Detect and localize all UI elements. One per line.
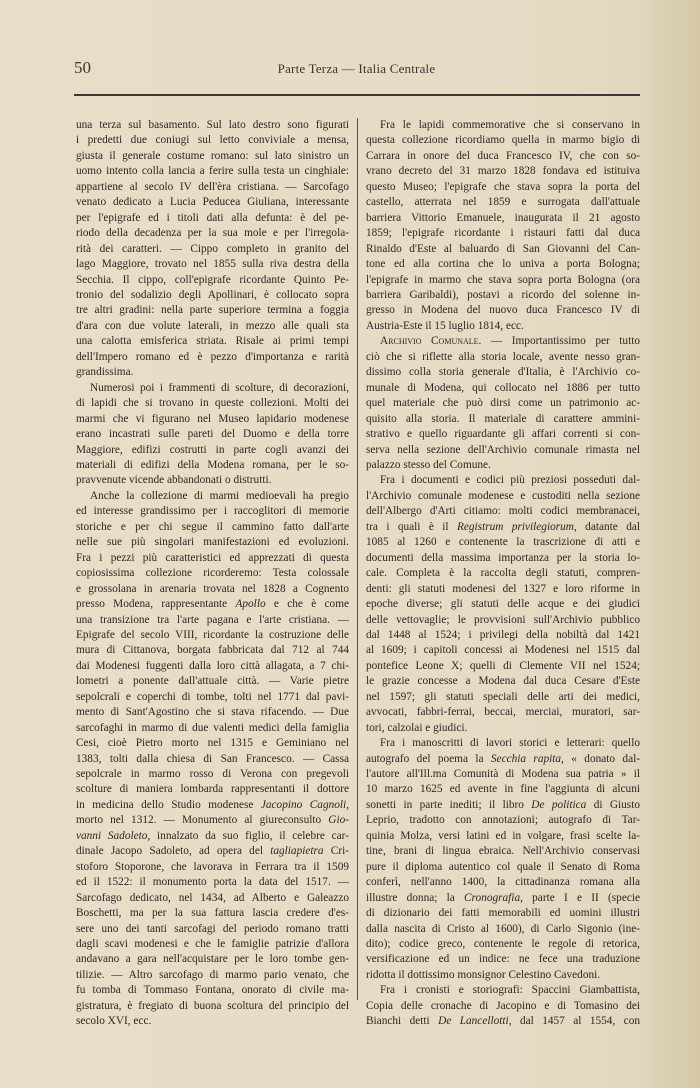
text-line: Sarcofago dedicato, nel 1434, ad Alberto… <box>76 891 349 906</box>
text-line: uomo intento colla lancia a ferire sulla… <box>76 164 349 179</box>
text-line: mura di Cittanova, borgata fabbricata da… <box>76 643 349 658</box>
text-line: per l'epigrafe ed i titoli dati alla def… <box>76 211 349 226</box>
text-line: versificazione ed un indice: ne fece una… <box>366 952 640 967</box>
text-line: pravvenute vicende abbandonati o distrut… <box>76 473 349 488</box>
italic-title: De Lancellotti <box>438 1015 509 1027</box>
text-line: sonetti in parte inediti; il libro De po… <box>366 798 640 813</box>
text-line: mento di Sant'Agostino che si stava rifa… <box>76 705 349 720</box>
text-fragment: di Giusto <box>586 799 640 811</box>
text-line: 10 marzo 1625 ed avente in fine l'aggiun… <box>366 782 640 797</box>
text-line: denti: gli statuti modenesi del 1327 e l… <box>366 582 640 597</box>
text-line: d'ara con due volute laterali, in mezzo … <box>76 319 349 334</box>
italic-title: tagliapietra <box>270 845 323 857</box>
text-fragment: , datante dal <box>574 521 640 533</box>
text-line: Fra i pezzi più caratteristici ed apprez… <box>76 551 349 566</box>
text-line: cale. Completa è la raccolta degli statu… <box>366 566 640 581</box>
text-line: appartiene al secolo IV dell'èra cristia… <box>76 180 349 195</box>
text-line: Fra i cronisti e storiografi: Spaccini G… <box>366 983 640 998</box>
text-line: sarcofaghi in marmo di due valenti medic… <box>76 721 349 736</box>
text-line: grandissima. <box>76 365 349 380</box>
left-column: una terza sul basamento. Sul lato destro… <box>76 118 349 1030</box>
text-line: barriera Garibaldi), postavi a ricordo d… <box>366 288 640 303</box>
text-line: una terza sul basamento. Sul lato destro… <box>76 118 349 133</box>
text-line: questa collezione ricordiamo quella in m… <box>366 133 640 148</box>
text-fragment: , dal 1457 al 1554, con <box>509 1015 640 1027</box>
text-line: andavano a gara nell'acquistare per le l… <box>76 952 349 967</box>
text-line: dai Modenesi fuggenti dalla loro città a… <box>76 659 349 674</box>
text-line: Numerosi poi i frammenti di scolture, di… <box>76 381 349 396</box>
text-line: Secchia. Il cippo, coll'epigrafe ricorda… <box>76 273 349 288</box>
text-fragment: Bianchi detti <box>366 1015 438 1027</box>
text-line: e grossolana in arenaria trovata nel 182… <box>76 582 349 597</box>
text-line: Bianchi detti De Lancellotti, dal 1457 a… <box>366 1014 640 1029</box>
text-line: pure il diploma autentico col quale il S… <box>366 860 640 875</box>
text-line: sere uno dei tanti sarcofagi del periodo… <box>76 922 349 937</box>
text-line: le grazie concesse a Modena dal duca Ces… <box>366 674 640 689</box>
running-title: Parte Terza — Italia Centrale <box>74 61 639 77</box>
text-fragment: dinale Jacopo Sadoleto, ad opera del <box>76 845 270 857</box>
text-line: secolo XVI, ecc. <box>76 1014 349 1029</box>
text-line: Boschetti, ma per la sua fattura lascia … <box>76 906 349 921</box>
text-line: 1085 al 1260 e contenente la trascrizion… <box>366 535 640 550</box>
text-line: fu tomba di Tommaso Fontana, onorato di … <box>76 983 349 998</box>
text-line: materiali di edifizi della Modena romana… <box>76 458 349 473</box>
text-line: sepolcrali e coperchi di tombe, tolti ne… <box>76 690 349 705</box>
right-column: Fra le lapidi commemorative che si conse… <box>366 118 640 1030</box>
italic-title: Registrum privilegiorum <box>457 521 574 533</box>
text-line: tre altri gradini: nella parte superiore… <box>76 303 349 318</box>
text-line: Fra le lapidi commemorative che si conse… <box>366 118 640 133</box>
text-line: epoche diverse; gli statuti delle acque … <box>366 597 640 612</box>
text-line: Epigrafe del secolo VIII, ricordante la … <box>76 628 349 643</box>
text-line: l'epigrafe in marmo che stava sopra port… <box>366 273 640 288</box>
text-line: 1859; l'epigrafe ricordante i ristauri f… <box>366 226 640 241</box>
text-line: gistratura, è fregiato di buona scoltura… <box>76 999 349 1014</box>
text-line: morto nel 1312. — Monumento al giurecons… <box>76 813 349 828</box>
text-line: presso Modena, rappresentante Apollo e c… <box>76 597 349 612</box>
text-line: venato dedicato a Lucia Peducea Giuliana… <box>76 195 349 210</box>
text-line: palazzo stesso del Comune. <box>366 458 640 473</box>
column-divider <box>357 118 358 1000</box>
text-line: ciò che si riflette alla storia locale, … <box>366 350 640 365</box>
text-line: ed il 1522: il monumento porta la data d… <box>76 875 349 890</box>
text-line: una transizione tra l'arte pagana e l'ar… <box>76 613 349 628</box>
italic-title: Secchia rapita <box>491 753 561 765</box>
text-fragment: sonetti in parte inediti; il libro <box>366 799 531 811</box>
italic-title: Gio- <box>328 814 349 826</box>
text-line: Leprio, tradotto con annotazioni; autogr… <box>366 813 640 828</box>
italic-title: vanni Sadoleto <box>76 830 147 842</box>
text-line: vanni Sadoleto, innalzato da suo figlio,… <box>76 829 349 844</box>
text-line: tilizie. — Altro sarcofago di marmo pari… <box>76 968 349 983</box>
text-line: tone ed alla cortina che lo univa a port… <box>366 257 640 272</box>
text-line: lometri a ponente dall'attuale città. — … <box>76 674 349 689</box>
text-line: delle vettovaglie; le provvisioni sull'A… <box>366 613 640 628</box>
text-line: Copia delle cronache di Jacopino e di To… <box>366 999 640 1014</box>
italic-title: Cronografia <box>464 892 520 904</box>
text-line: di dizionario dei fatti memorabili ed uo… <box>366 906 640 921</box>
text-line: tori, calzolai e giudici. <box>366 721 640 736</box>
text-line: una calotta emisferica striata. Risale a… <box>76 334 349 349</box>
text-line: lago Maggiore, trovato nel 1855 sulla ri… <box>76 257 349 272</box>
text-line: questo Museo; l'epigrafe che stava sopra… <box>366 180 640 195</box>
text-line: Carrara in onore del duca Francesco IV, … <box>366 149 640 164</box>
text-line: giusta il generale costume romano: sul l… <box>76 149 349 164</box>
text-line: tra i quali è il Registrum privilegiorum… <box>366 520 640 535</box>
text-line: quisito alla storia. Il materiale di car… <box>366 412 640 427</box>
text-line: Anche la collezione di marmi medioevali … <box>76 489 349 504</box>
text-line: nel 1597; gli statuti speciali delle art… <box>366 690 640 705</box>
text-line: serva nella sezione dell'Archivio comuna… <box>366 443 640 458</box>
text-fragment: Cri- <box>324 845 349 857</box>
text-line: al 1609; i capitoli concessi ai Modenesi… <box>366 643 640 658</box>
text-line: dissimo colla storia generale d'Italia, … <box>366 365 640 380</box>
text-line: dell'Albergo d'Arti citiamo: molti codic… <box>366 504 640 519</box>
text-line: Cesi, cioè Pietro morto nel 1315 e Gemin… <box>76 736 349 751</box>
text-fragment: , parte I e II (specie <box>520 892 640 904</box>
text-line: scolture di maniera lombarda rappresenta… <box>76 782 349 797</box>
text-fragment: in medicina dello Studio modenese <box>76 799 261 811</box>
page-header: 50 Parte Terza — Italia Centrale <box>74 58 639 78</box>
text-line: Fra i manoscritti di lavori storici e le… <box>366 736 640 751</box>
text-fragment: e che è come <box>266 598 349 610</box>
text-line: Austria-Este il 15 luglio 1814, ecc. <box>366 319 640 334</box>
text-fragment: presso Modena, rappresentante <box>76 598 235 610</box>
text-line: ed interesse grandissimo per i raccoglit… <box>76 504 349 519</box>
text-line: copiosissima collezione ricorderemo: Tes… <box>76 566 349 581</box>
text-line: storiche e per chi segue il cammino fatt… <box>76 520 349 535</box>
text-line: dalla nascita di Cristo al 1600), di Car… <box>366 922 640 937</box>
text-line: Rinaldo d'Este al baluardo di San Giovan… <box>366 242 640 257</box>
text-fragment: illustre donna; la <box>366 892 464 904</box>
text-line: erano incastrati sulle pareti del Duomo … <box>76 427 349 442</box>
text-line: barriera Vittorio Emanuele, inaugurata i… <box>366 211 640 226</box>
italic-title: Jacopino Cagnoli <box>261 799 346 811</box>
text-line: Archivio Comunale. — Importantissimo per… <box>366 334 640 349</box>
text-line: in medicina dello Studio modenese Jacopi… <box>76 798 349 813</box>
text-line: dal 1448 al 1524; i privilegi della nobi… <box>366 628 640 643</box>
text-line: di lapidi che si trovano in queste colle… <box>76 396 349 411</box>
text-line: tronio del sodalizio degli Apollinari, è… <box>76 288 349 303</box>
text-line: conferì, nell'anno 1400, la cittadinanza… <box>366 875 640 890</box>
text-line: strativo e quello riguardante gli affari… <box>366 427 640 442</box>
section-heading: Archivio Comunale. <box>380 335 481 347</box>
text-fragment: autografo del poema la <box>366 753 491 765</box>
text-line: marmi che vi figurano nel Museo lapidari… <box>76 412 349 427</box>
text-fragment: , innalzato da suo figlio, il celebre ca… <box>147 830 349 842</box>
text-line: dagli scavi modenesi e che le famiglie p… <box>76 937 349 952</box>
text-fragment: — Importantissimo per tutto <box>481 335 640 347</box>
text-line: dito); codice greco, contenente le regol… <box>366 937 640 952</box>
text-line: castello, atterrata nel 1859 e surrogata… <box>366 195 640 210</box>
text-line: munale di Modena, qui collocato nel 1886… <box>366 381 640 396</box>
text-line: sepolcrale in marmo rosso di Verona con … <box>76 767 349 782</box>
text-line: Maggiore, edifizi costrutti in parte cog… <box>76 443 349 458</box>
header-rule <box>74 94 640 96</box>
text-line: documenti della massima importanza per l… <box>366 551 640 566</box>
text-line: dell'Impero romano ed è pezzo d'importan… <box>76 350 349 365</box>
text-line: l'autore all'Ill.ma Comunità di Modena s… <box>366 767 640 782</box>
text-line: tine, brani di lingua ebraica. Nell'Arch… <box>366 844 640 859</box>
text-fragment: , <box>346 799 349 811</box>
text-line: riodo della decadenza per la sua mole e … <box>76 226 349 241</box>
text-line: pontefice Leone X; quelli di Clemente VI… <box>366 659 640 674</box>
text-line: gresso in Modena del nuovo duca Francesc… <box>366 303 640 318</box>
text-line: quinia Molza, versi latini ed in volgare… <box>366 829 640 844</box>
text-line: rità dei caratteri. — Cippo completo in … <box>76 242 349 257</box>
text-line: l'Archivio comunale modenese e custoditi… <box>366 489 640 504</box>
text-fragment: tra i quali è il <box>366 521 457 533</box>
text-fragment: morto nel 1312. — Monumento al giurecons… <box>76 814 328 826</box>
text-line: i predetti due coniugi sul letto convivi… <box>76 133 349 148</box>
text-line: dinale Jacopo Sadoleto, ad opera del tag… <box>76 844 349 859</box>
text-line: vrano decreto del 31 marzo 1828 fondava … <box>366 164 640 179</box>
text-line: Fra i documenti e codici più preziosi po… <box>366 473 640 488</box>
text-fragment: , « donato dal- <box>561 753 640 765</box>
text-line: autografo del poema la Secchia rapita, «… <box>366 752 640 767</box>
text-line: ridotta il dottissimo monsignor Celestin… <box>366 968 640 983</box>
text-line: nelle sue più singolari manifestazioni e… <box>76 535 349 550</box>
text-line: illustre donna; la Cronografia, parte I … <box>366 891 640 906</box>
text-line: quel materiale che può dirsi come un pat… <box>366 396 640 411</box>
text-line: 1383, tolti dalla chiesa di San Francesc… <box>76 752 349 767</box>
italic-title: De politica <box>531 799 586 811</box>
italic-title: Apollo <box>235 598 265 610</box>
text-line: avvocati, fabbri-ferrai, beccai, merciai… <box>366 705 640 720</box>
text-line: stoforo Stoporone, che lavorava in Ferra… <box>76 860 349 875</box>
